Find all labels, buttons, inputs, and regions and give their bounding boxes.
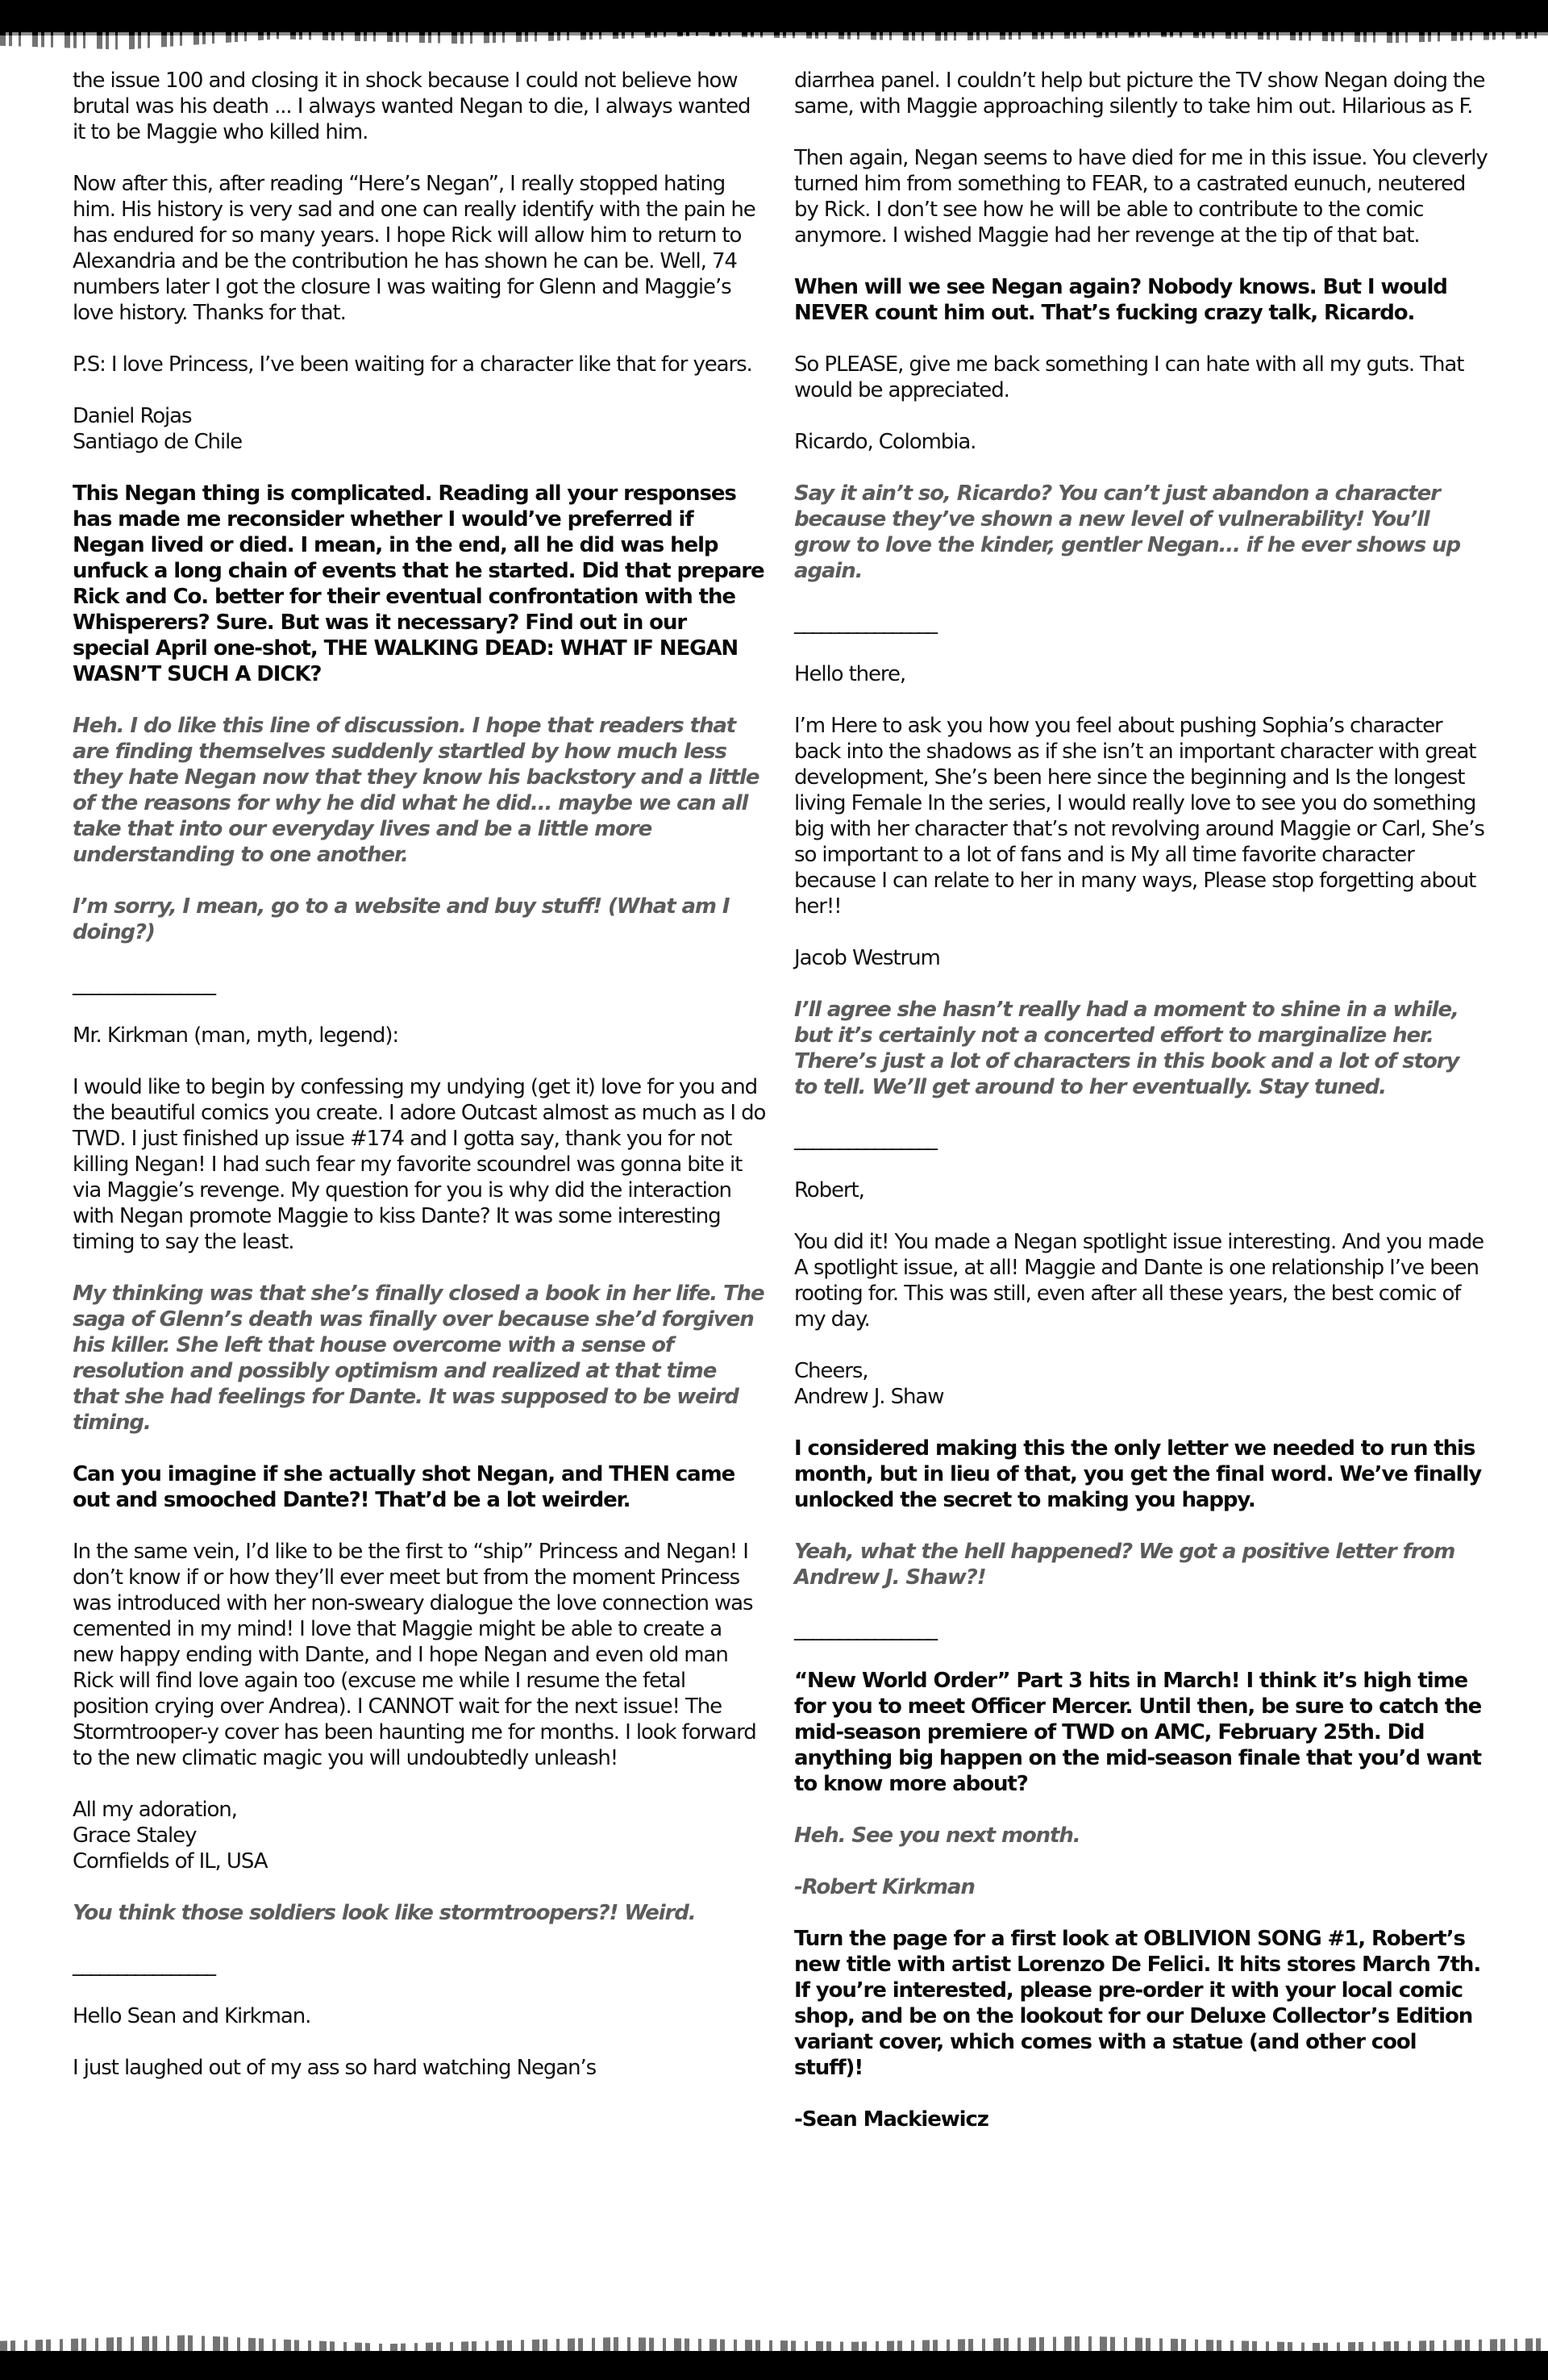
letter-signature: Cheers, Andrew J. Shaw xyxy=(794,1358,1488,1410)
letter-paragraph: So PLEASE, give me back something I can … xyxy=(794,352,1488,403)
letter-paragraph: I just laughed out of my ass so hard wat… xyxy=(73,2055,766,2081)
letter-paragraph: I’m Here to ask you how you feel about p… xyxy=(794,713,1488,919)
bottom-ink-border-ragged-edge xyxy=(0,2333,1548,2353)
editor-response-italic: My thinking was that she’s finally close… xyxy=(73,1281,766,1436)
signature-name: Ricardo, Colombia. xyxy=(794,429,1488,455)
letter-paragraph: You did it! You made a Negan spotlight i… xyxy=(794,1229,1488,1332)
bottom-ink-border xyxy=(0,2351,1548,2380)
letter-signature: All my adoration, Grace Staley Cornfield… xyxy=(73,1797,766,1874)
letter-paragraph: diarrhea panel. I couldn’t help but pict… xyxy=(794,68,1488,119)
section-divider: ________________ xyxy=(794,1126,1488,1152)
signature-closing: All my adoration, xyxy=(73,1797,766,1823)
top-ink-border-ragged-edge xyxy=(0,32,1548,52)
right-column: diarrhea panel. I couldn’t help but pict… xyxy=(794,68,1488,2158)
editor-signature-kirkman: -Robert Kirkman xyxy=(794,1874,1488,1900)
editor-announcement-oblivion-song: Turn the page for a first look at OBLIVI… xyxy=(794,1926,1488,2081)
editor-signature-mackiewicz: -Sean Mackiewicz xyxy=(794,2107,1488,2132)
editor-response-italic: Heh. I do like this line of discussion. … xyxy=(73,713,766,868)
editor-response-italic: Yeah, what the hell happened? We got a p… xyxy=(794,1539,1488,1590)
signature-name: Grace Staley xyxy=(73,1823,766,1849)
editor-response-italic: Say it ain’t so, Ricardo? You can’t just… xyxy=(794,481,1488,584)
signature-name: Daniel Rojas xyxy=(73,403,766,429)
editor-response-bold: I considered making this the only letter… xyxy=(794,1436,1488,1513)
signature-name: Jacob Westrum xyxy=(794,945,1488,971)
editor-response-bold: This Negan thing is complicated. Reading… xyxy=(73,481,766,687)
editor-response-bold: When will we see Negan again? Nobody kno… xyxy=(794,274,1488,326)
letter-salutation: Robert, xyxy=(794,1177,1488,1203)
letter-salutation: Hello there, xyxy=(794,661,1488,687)
section-divider: ________________ xyxy=(73,1952,766,1978)
letter-paragraph: I would like to begin by confessing my u… xyxy=(73,1074,766,1255)
letter-paragraph: Now after this, after reading “Here’s Ne… xyxy=(73,171,766,326)
left-column: the issue 100 and closing it in shock be… xyxy=(73,68,766,2107)
section-divider: ________________ xyxy=(73,971,766,997)
editor-response-italic: You think those soldiers look like storm… xyxy=(73,1900,766,1926)
letter-signature: Daniel Rojas Santiago de Chile xyxy=(73,403,766,455)
letter-paragraph: P.S: I love Princess, I’ve been waiting … xyxy=(73,352,766,377)
editor-response-bold: Can you imagine if she actually shot Neg… xyxy=(73,1461,766,1513)
top-ink-border xyxy=(0,0,1548,35)
section-divider: ________________ xyxy=(794,610,1488,636)
letter-paragraph: the issue 100 and closing it in shock be… xyxy=(73,68,766,145)
letter-salutation: Mr. Kirkman (man, myth, legend): xyxy=(73,1023,766,1048)
editor-response-italic: I’m sorry, I mean, go to a website and b… xyxy=(73,894,766,945)
editor-response-italic: I’ll agree she hasn’t really had a momen… xyxy=(794,997,1488,1100)
signature-closing: Cheers, xyxy=(794,1358,1488,1384)
editor-sign-off: Heh. See you next month. xyxy=(794,1823,1488,1849)
letter-signature: Ricardo, Colombia. xyxy=(794,429,1488,455)
letter-salutation: Hello Sean and Kirkman. xyxy=(73,2003,766,2029)
signature-name: Andrew J. Shaw xyxy=(794,1384,1488,1410)
letter-paragraph: Then again, Negan seems to have died for… xyxy=(794,145,1488,248)
signature-location: Cornfields of IL, USA xyxy=(73,1849,766,1874)
section-divider: ________________ xyxy=(794,1616,1488,1642)
signature-location: Santiago de Chile xyxy=(73,429,766,455)
letter-paragraph: In the same vein, I’d like to be the fir… xyxy=(73,1539,766,1771)
letter-signature: Jacob Westrum xyxy=(794,945,1488,971)
editor-announcement: “New World Order” Part 3 hits in March! … xyxy=(794,1668,1488,1797)
